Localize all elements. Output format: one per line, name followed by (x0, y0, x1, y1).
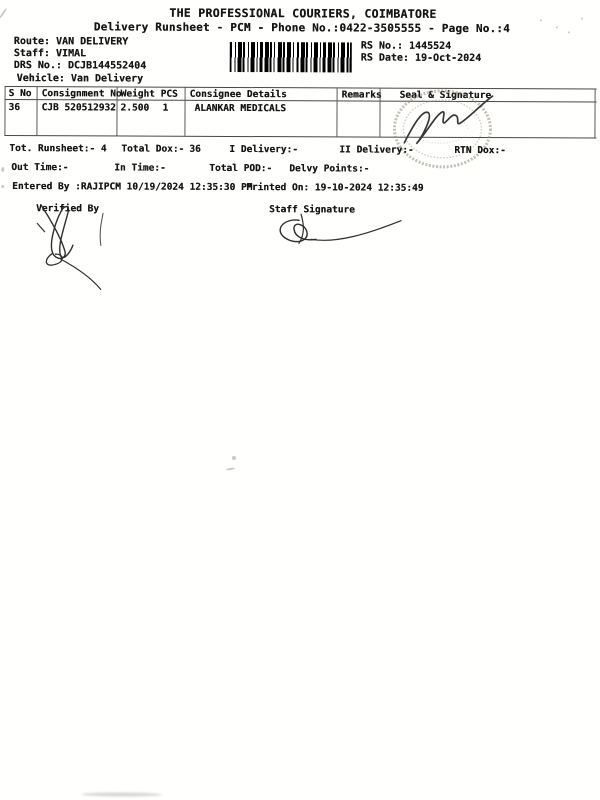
row-weight: 2.500 (121, 102, 150, 113)
staff-signature-scribble (261, 206, 406, 252)
runsheet-subtitle: Delivery Runsheet - PCM - Phone No.:0422… (2, 20, 600, 36)
table-vline (4, 86, 5, 135)
scan-speck (581, 17, 583, 19)
rs-no-line: RS No.: 1445524 (361, 41, 451, 52)
printed-on: Printed On: 19-10-2024 12:35:49 (246, 182, 423, 194)
in-time: In Time:- (114, 162, 166, 173)
scan-speck (1, 167, 4, 172)
total-dox-value: 36 (189, 144, 201, 155)
total-dox-label: Total Dox:- (121, 143, 184, 154)
scanned-delivery-runsheet: THE PROFESSIONAL COURIERS, COIMBATORE De… (0, 0, 600, 800)
row-sno: 36 (9, 102, 21, 113)
scan-speck (1, 185, 4, 188)
company-title: THE PROFESSIONAL COURIERS, COIMBATORE (3, 5, 600, 22)
table-vline (184, 87, 185, 136)
row-pcs: 1 (163, 103, 169, 114)
row-consignee: ALANKAR MEDICALS (195, 103, 287, 114)
route-line: Route: VAN DELIVERY (14, 36, 128, 47)
table-border-bottom (4, 135, 596, 139)
table-vline (594, 89, 595, 138)
rubber-stamp-seal (390, 87, 494, 171)
rs-date-line: RS Date: 19-Oct-2024 (361, 53, 481, 65)
scan-speck (568, 31, 570, 33)
vehicle-line: Vehicle: Van Delivery (17, 73, 143, 85)
i-delivery: I Delivery:- (229, 144, 298, 155)
document-body: THE PROFESSIONAL COURIERS, COIMBATORE De… (0, 0, 600, 800)
total-pod: Total POD:- (209, 163, 272, 174)
scan-speck (556, 26, 558, 28)
col-header-pcs: PCS (161, 89, 178, 100)
verified-by-signature (11, 195, 131, 291)
delvy-points: Delvy Points:- (289, 163, 369, 174)
scan-speck (540, 19, 542, 21)
ii-delivery: II Delivery:- (339, 144, 413, 155)
col-header-consignee: Consignee Details (190, 89, 287, 100)
scan-speck (226, 467, 235, 470)
out-time: Out Time:- (11, 162, 68, 173)
col-header-weight: Weight (121, 88, 155, 99)
rtn-dox: RTN Dox:- (454, 145, 506, 156)
col-header-sno: S No (9, 88, 32, 99)
col-header-consignment: Consignment No (42, 88, 122, 99)
scan-smudge (82, 792, 162, 796)
staff-line: Staff: VIMAL (14, 48, 86, 59)
table-vline (336, 87, 337, 136)
entered-by: Entered By :RAJIPCM 10/19/2024 12:35:30 … (12, 181, 252, 193)
runsheet-barcode (230, 42, 352, 73)
scan-speck (232, 456, 236, 460)
col-header-remarks: Remarks (342, 89, 382, 100)
table-vline (36, 86, 37, 135)
drs-no-line: DRS No.: DCJB144552404 (14, 60, 146, 72)
tot-runsheet: Tot. Runsheet:- 4 (9, 143, 106, 154)
row-consignment: CJB 520512932 (42, 102, 116, 113)
